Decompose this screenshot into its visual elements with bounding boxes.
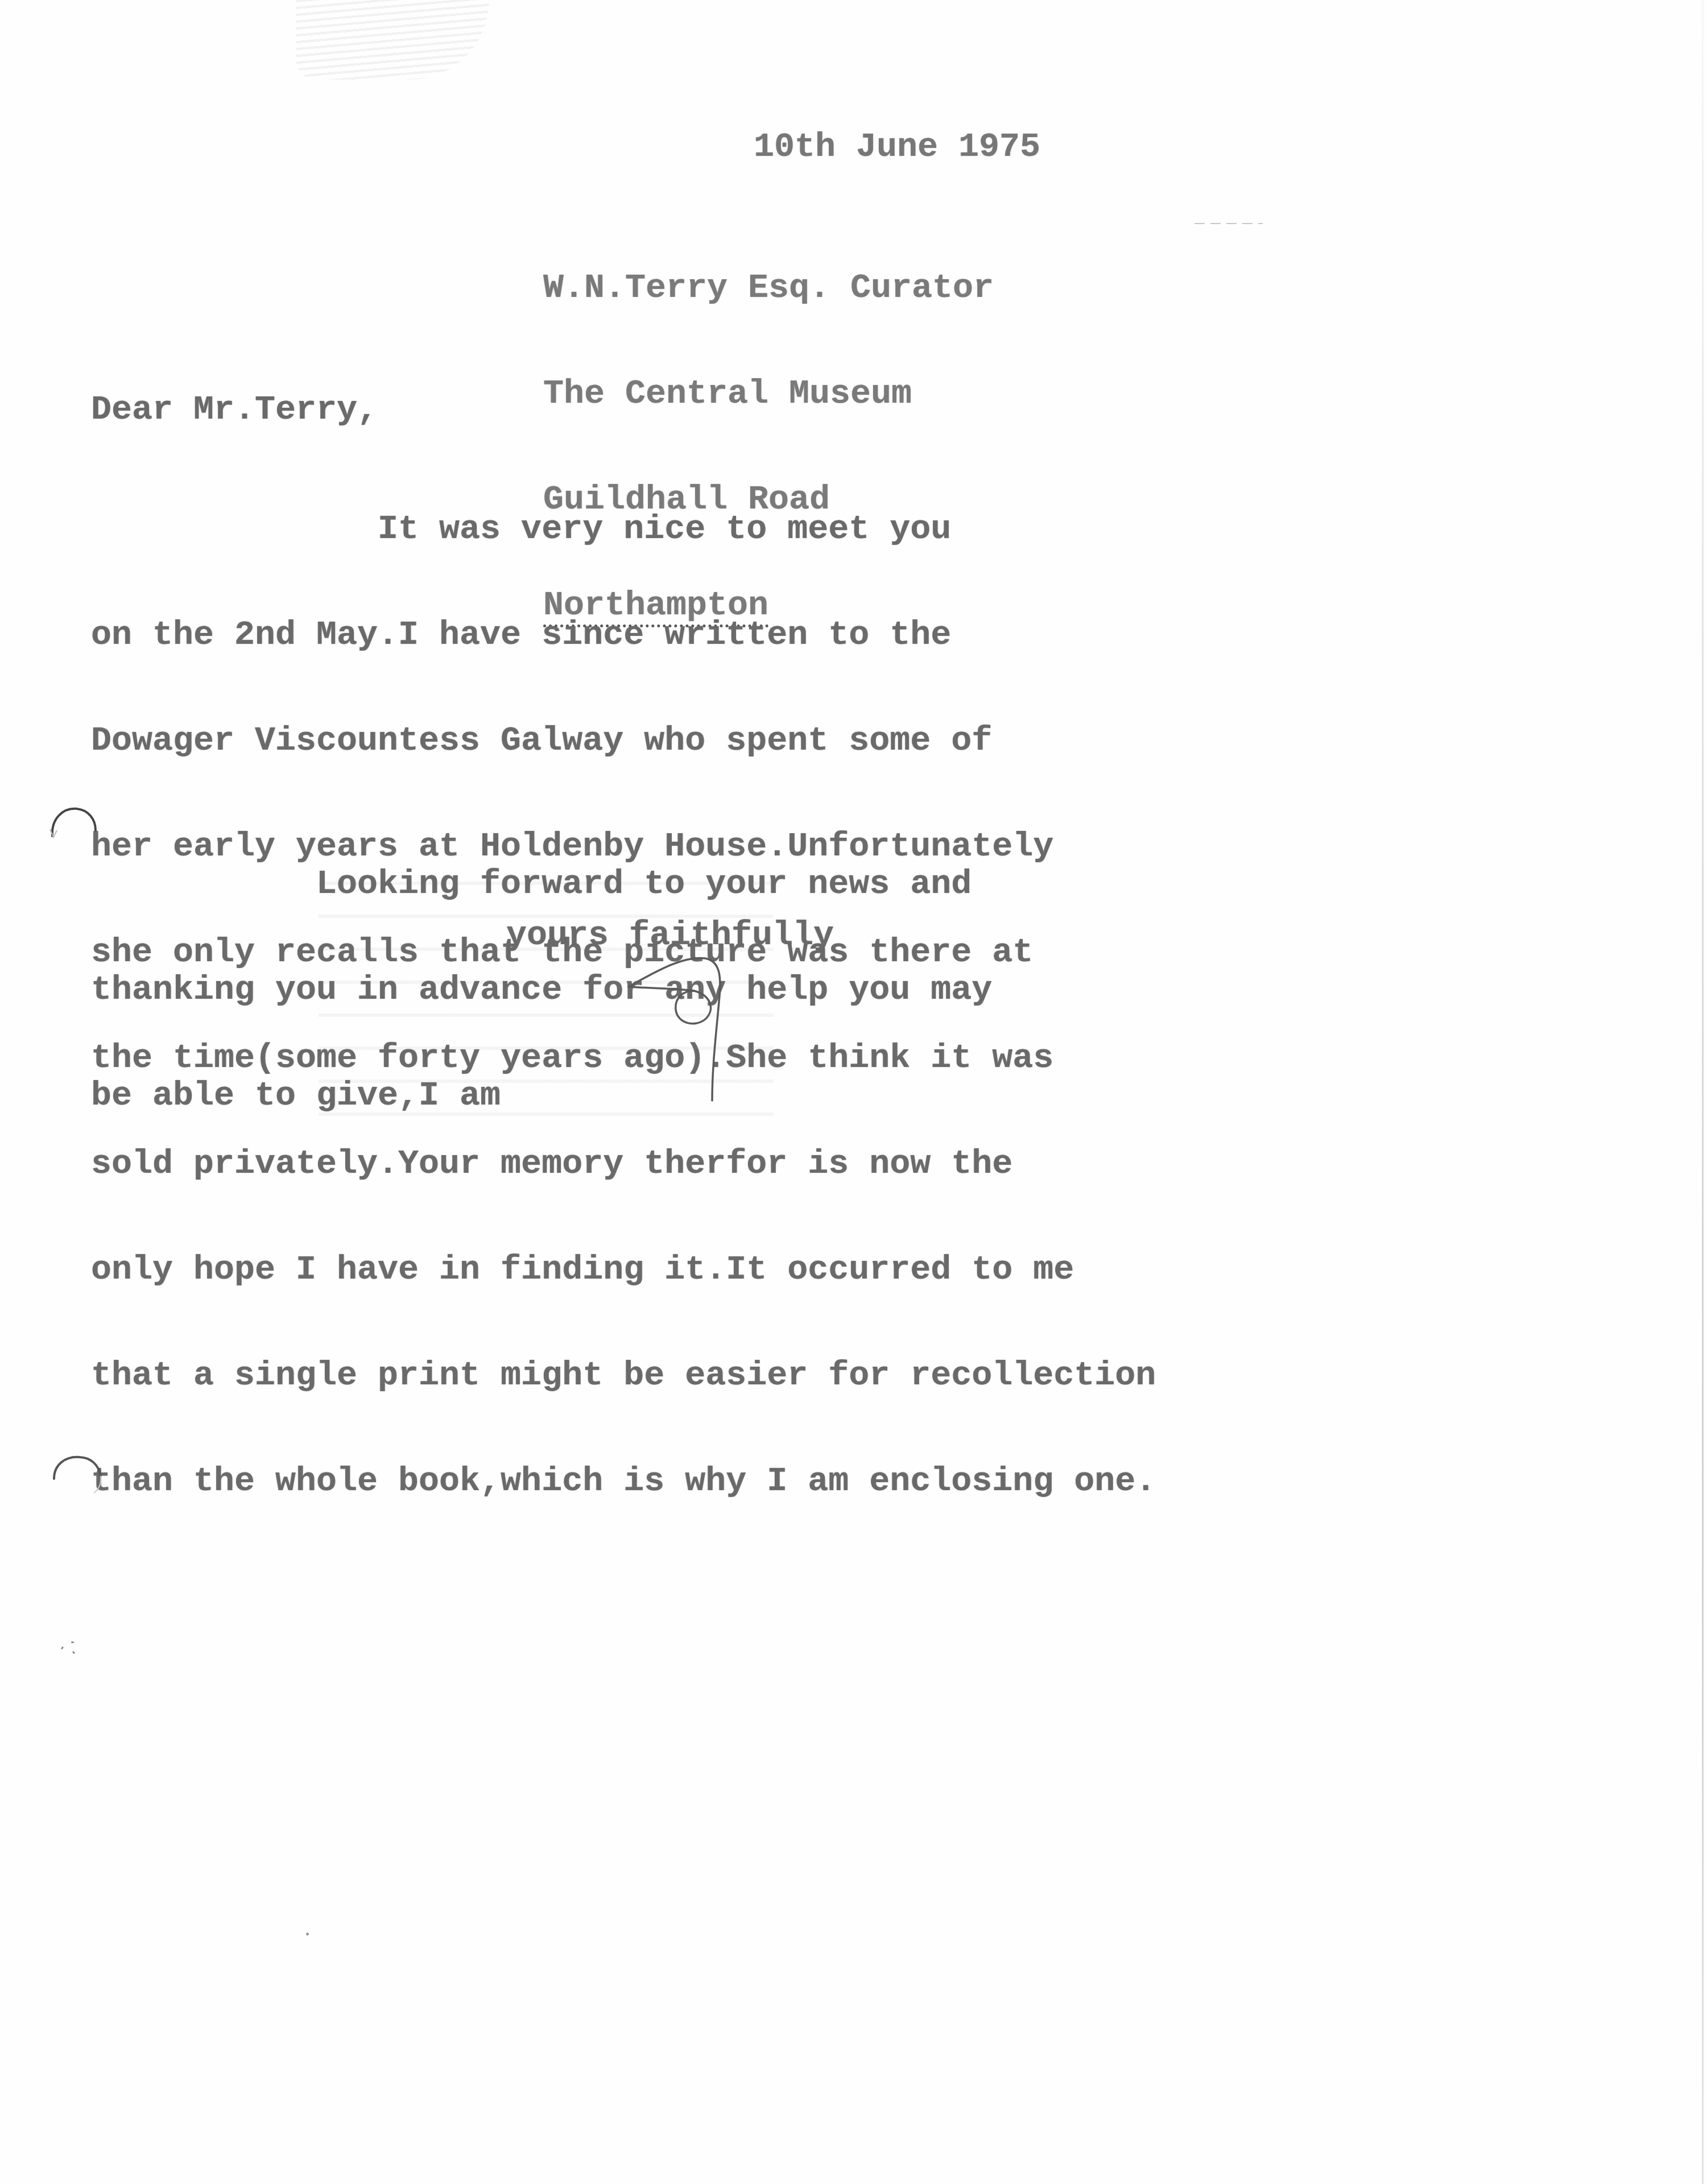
punch-hole-icon [46, 796, 108, 847]
speck [71, 1641, 74, 1643]
faint-rule-mark [1195, 223, 1263, 224]
signoff: yours faithfully [506, 918, 834, 953]
body-line: Dowager Viscountess Galway who spent som… [91, 723, 1156, 759]
body-line: on the 2nd May.I have since written to t… [91, 618, 1156, 653]
letter-page: 10th June 1975 W.N.Terry Esq. Curator Th… [0, 0, 1707, 2184]
body-line: that a single print might be easier for … [91, 1358, 1156, 1393]
ink-specks [60, 1638, 88, 1661]
closing-line: thanking you in advance for any help you… [91, 973, 992, 1008]
speck [72, 1651, 76, 1654]
address-line-institution: The Central Museum [543, 377, 994, 412]
address-line-name: W.N.Terry Esq. Curator [543, 271, 994, 306]
letter-closing: Looking forward to your news and thankin… [91, 796, 992, 1184]
paper-smudge [296, 0, 489, 80]
stray-ink-dot [306, 1933, 309, 1935]
body-line: only hope I have in finding it.It occurr… [91, 1252, 1156, 1288]
speck [61, 1647, 64, 1650]
letter-date: 10th June 1975 [754, 130, 1040, 165]
body-line: It was very nice to meet you [91, 512, 1156, 547]
closing-line: be able to give,I am [91, 1078, 992, 1114]
page-edge-shadow [1702, 0, 1704, 2184]
punch-hole-icon [48, 1445, 111, 1496]
body-line: than the whole book,which is why I am en… [91, 1464, 1156, 1499]
closing-line: Looking forward to your news and [91, 867, 992, 902]
signature-icon [620, 955, 734, 1115]
salutation: Dear Mr.Terry, [91, 392, 378, 428]
